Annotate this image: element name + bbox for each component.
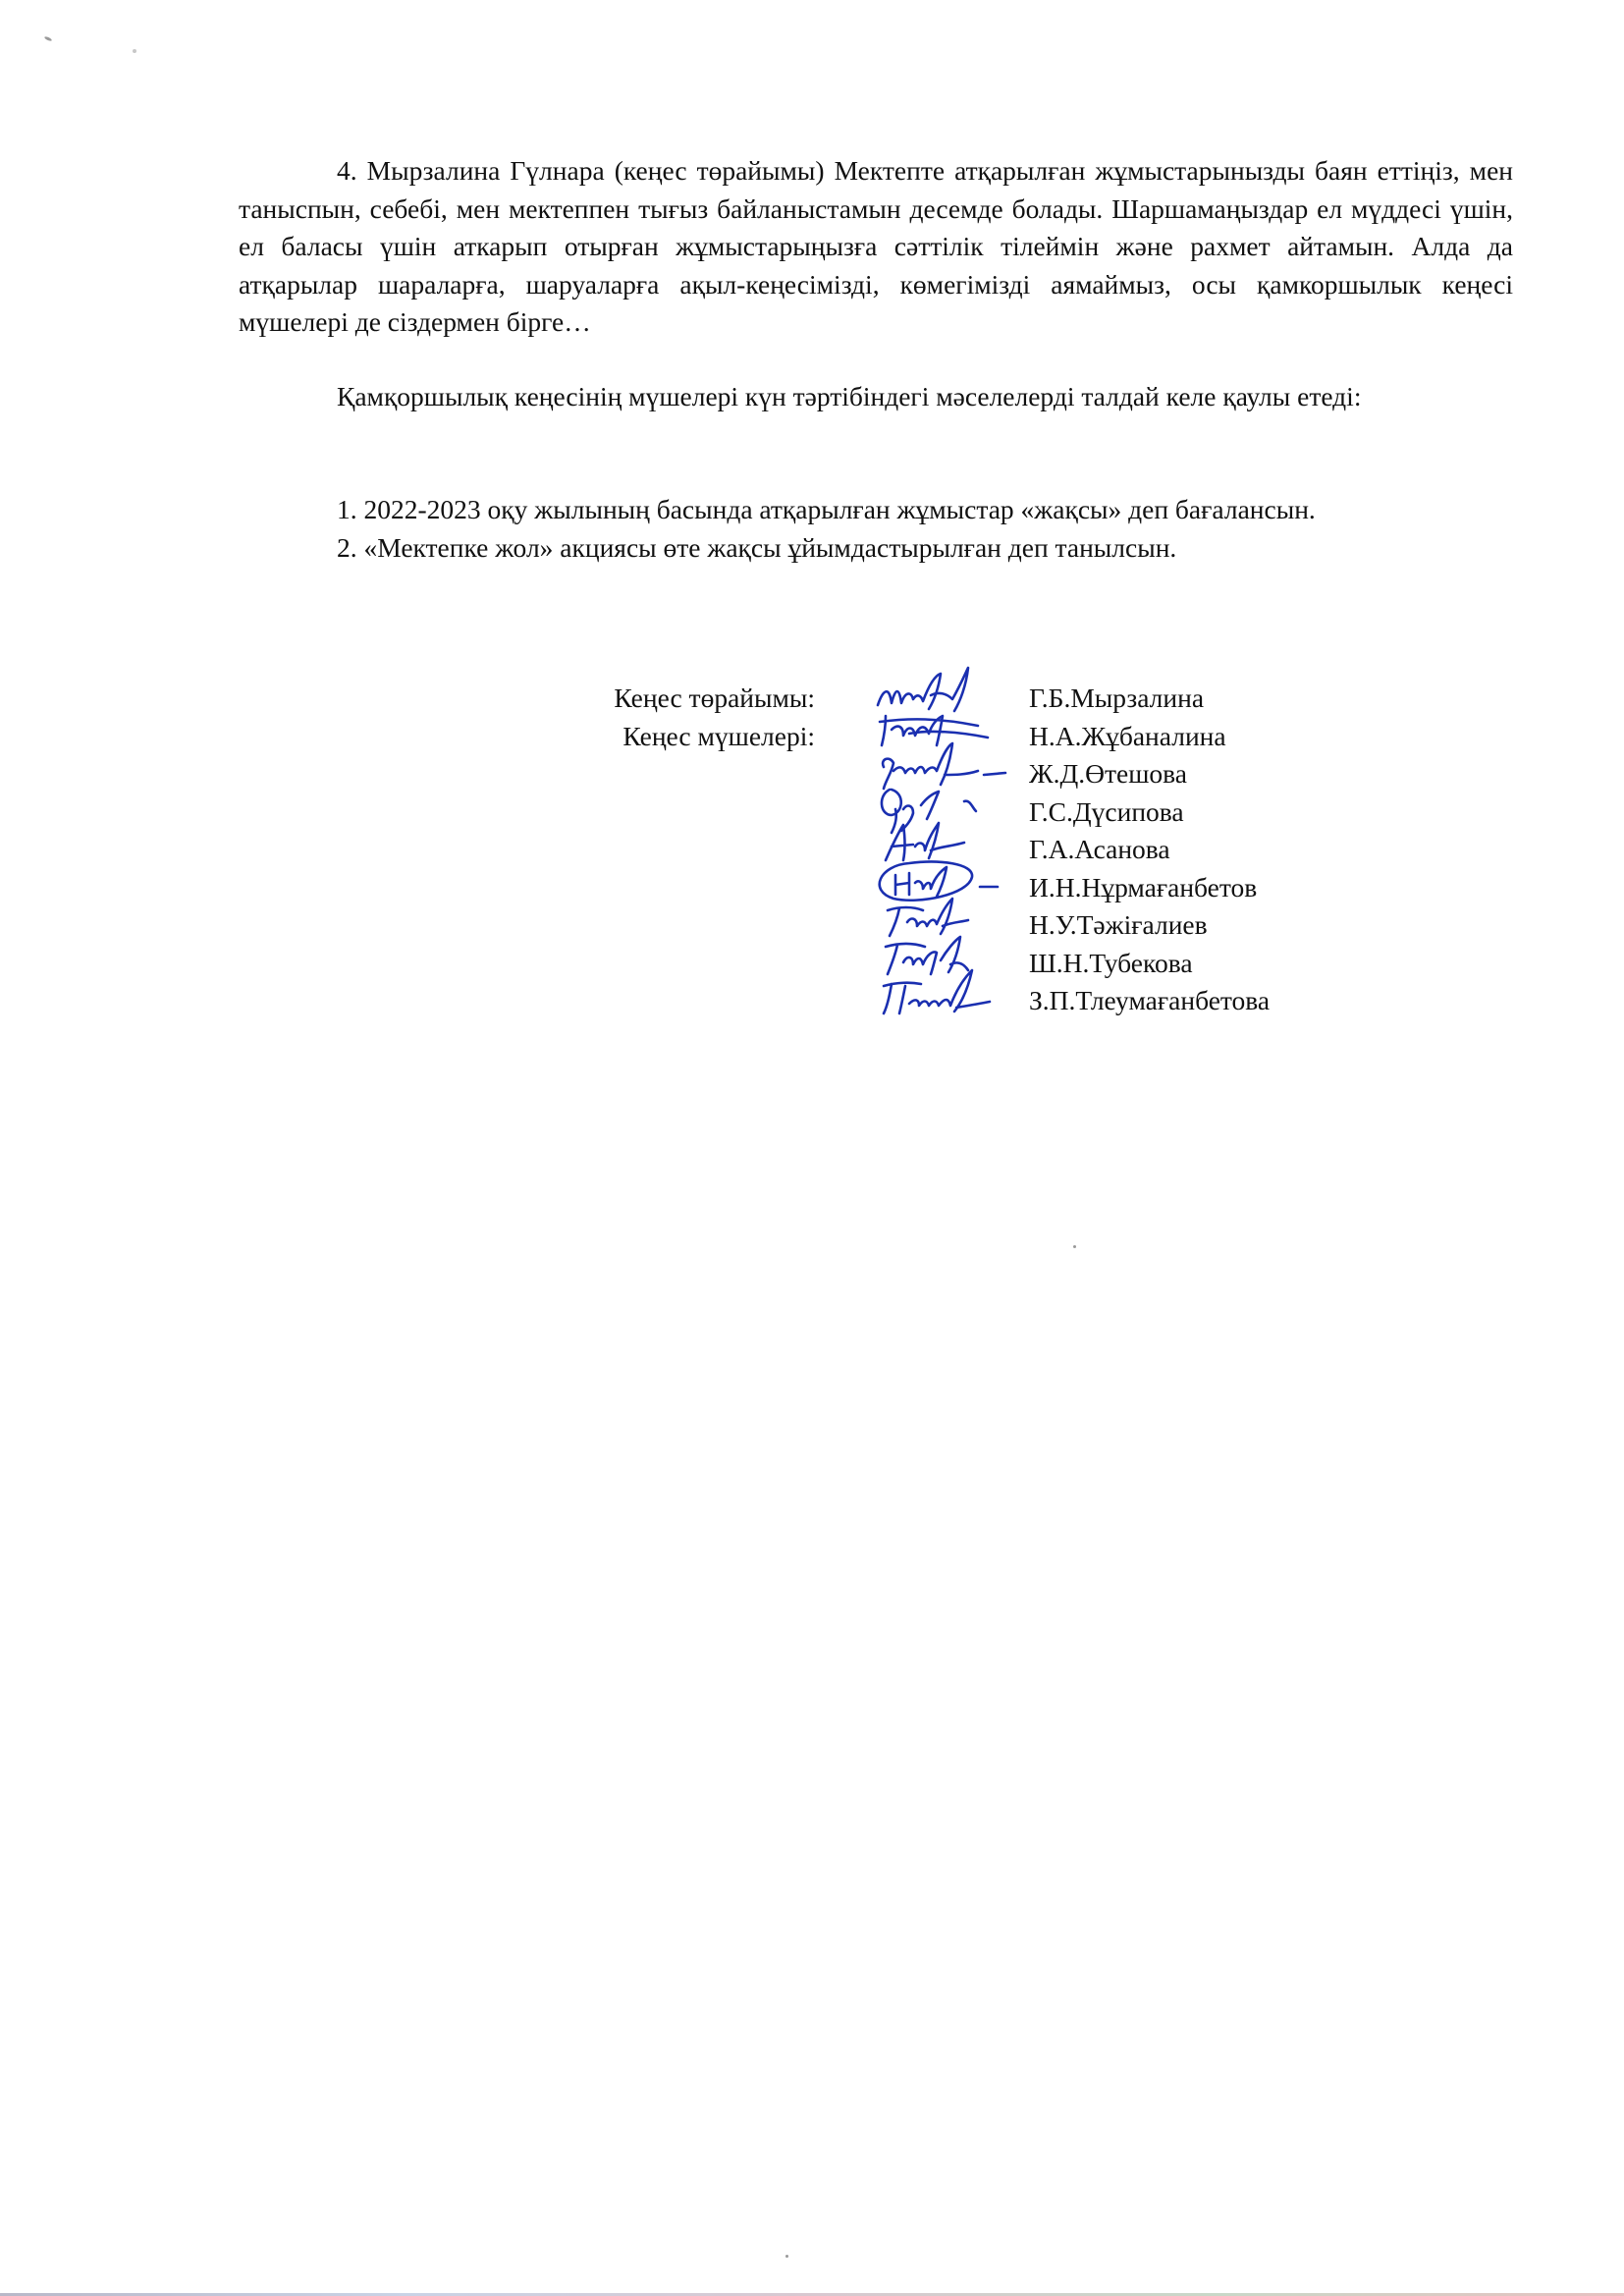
chair-label: Кеңес төрайымы: [614,680,815,718]
scan-speck [785,2255,788,2258]
signature-row: Кеңес мүшелері: Н.А.Жұбаналина [0,718,1624,756]
signature-row: Н.У.Тәжіғалиев [0,906,1624,945]
signatory-name: И.Н.Нұрмағанбетов [1029,869,1257,907]
signatory-name: З.П.Тлеумағанбетова [1029,982,1270,1020]
signature-row: Г.А.Асанова [0,831,1624,869]
scanned-document-page: 4. Мырзалина Гүлнара (кеңес төрайымы) Ме… [0,0,1624,2296]
signature-row: И.Н.Нұрмағанбетов [0,869,1624,907]
decision-intro-paragraph: Қамқоршылық кеңесінің мүшелері күн тәрті… [239,378,1513,416]
signature-row: З.П.Тлеумағанбетова [0,982,1624,1020]
signature-block: Кеңес төрайымы: Г.Б.Мырзалина Кеңес мүше… [0,680,1624,1020]
signatory-name: Г.С.Дүсипова [1029,793,1184,832]
scan-speck [133,49,136,53]
decisions-list: 1. 2022-2023 оқу жылының басында атқарыл… [337,491,1397,567]
scan-speck [44,35,53,41]
signatory-name: Ш.Н.Тубекова [1029,945,1193,983]
decision-item-1: 1. 2022-2023 оқу жылының басында атқарыл… [337,491,1397,529]
decision-intro-block: Қамқоршылық кеңесінің мүшелері күн тәрті… [239,378,1513,416]
signatory-name: Г.А.Асанова [1029,831,1170,869]
signature-row: Г.С.Дүсипова [0,793,1624,832]
speech-paragraph-block: 4. Мырзалина Гүлнара (кеңес төрайымы) Ме… [239,152,1513,342]
signatory-name: Г.Б.Мырзалина [1029,680,1204,718]
signatory-name: Н.А.Жұбаналина [1029,718,1226,756]
signatory-name: Ж.Д.Өтешова [1029,755,1187,793]
signature-row: Ж.Д.Өтешова [0,755,1624,793]
signatory-name: Н.У.Тәжіғалиев [1029,906,1208,945]
decision-item-2: 2. «Мектепке жол» акциясы өте жақсы ұйым… [337,529,1397,568]
signature-row: Ш.Н.Тубекова [0,945,1624,983]
scan-speck [1073,1245,1076,1248]
members-label: Кеңес мүшелері: [623,718,815,756]
handwritten-signature-icon [870,968,1017,1023]
speech-paragraph: 4. Мырзалина Гүлнара (кеңес төрайымы) Ме… [239,152,1513,342]
signature-row: Кеңес төрайымы: Г.Б.Мырзалина [0,680,1624,718]
